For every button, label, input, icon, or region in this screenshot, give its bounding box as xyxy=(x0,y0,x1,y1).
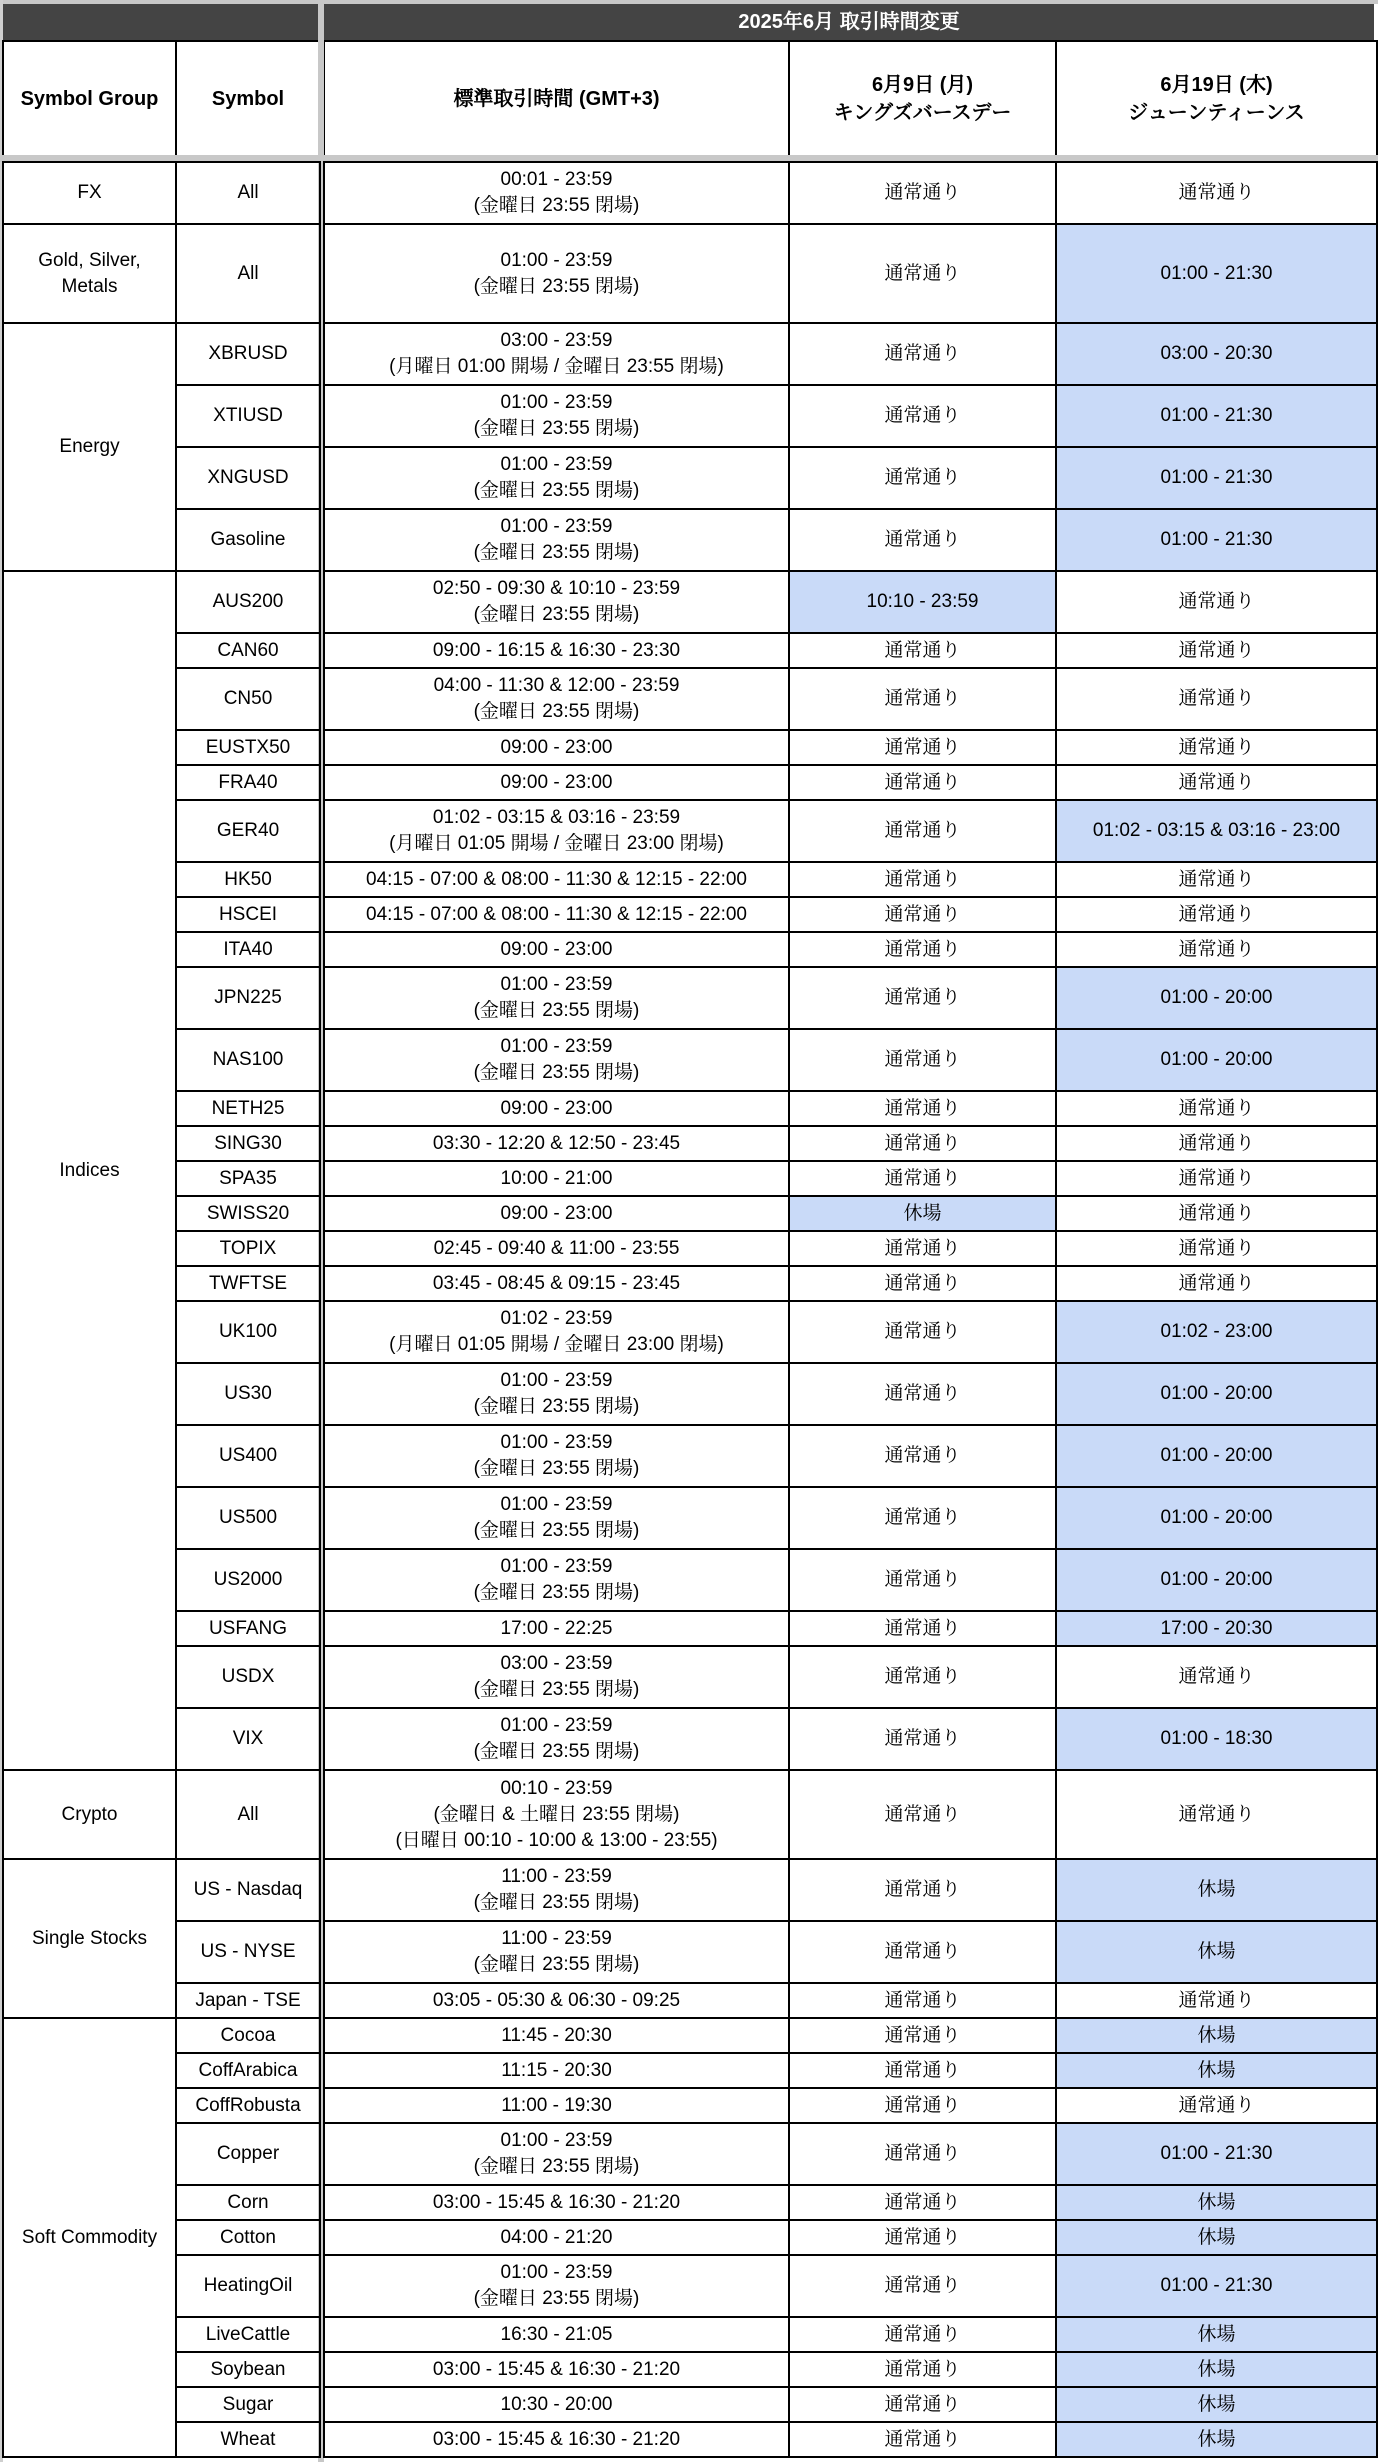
standard-hours-line: 11:00 - 23:59 xyxy=(327,1926,786,1952)
standard-hours-cell: 02:50 - 09:30 & 10:10 - 23:59(金曜日 23:55 … xyxy=(324,571,789,633)
table-row: 00:10 - 23:59(金曜日 & 土曜日 23:55 閉場)(日曜日 00… xyxy=(324,1770,1377,1859)
standard-hours-line: (金曜日 23:55 閉場) xyxy=(327,602,786,628)
standard-hours-line: 03:30 - 12:20 & 12:50 - 23:45 xyxy=(327,1131,786,1157)
jun9-hours-cell: 通常通り xyxy=(789,967,1056,1029)
jun9-hours-cell: 通常通り xyxy=(789,2352,1056,2387)
standard-hours-line: 09:00 - 23:00 xyxy=(327,1096,786,1122)
jun19-hours-cell: 17:00 - 20:30 xyxy=(1056,1611,1377,1646)
standard-hours-line: (金曜日 23:55 閉場) xyxy=(327,1580,786,1606)
symbol-cell: US - NYSE xyxy=(176,1921,320,1983)
standard-hours-cell: 03:00 - 15:45 & 16:30 - 21:20 xyxy=(324,2422,789,2457)
table-row: 00:01 - 23:59(金曜日 23:55 閉場)通常通り通常通り xyxy=(324,162,1377,224)
header-right: 標準取引時間 (GMT+3) 6月9日 (月) キングズバースデー 6月19日 … xyxy=(323,40,1378,157)
table-row: 03:00 - 23:59(金曜日 23:55 閉場)通常通り通常通り xyxy=(324,1646,1377,1708)
standard-hours-line: 01:00 - 23:59 xyxy=(327,1554,786,1580)
standard-hours-cell: 09:00 - 23:00 xyxy=(324,932,789,967)
symbol-group-fx: FX xyxy=(3,162,176,224)
symbol-cell: Sugar xyxy=(176,2387,320,2422)
table-row: 01:00 - 23:59(金曜日 23:55 閉場)通常通り01:00 - 2… xyxy=(324,509,1377,571)
symbol-group-indices: Indices xyxy=(3,571,176,1770)
table-row: FXAll xyxy=(3,162,320,224)
symbol-cell: USFANG xyxy=(176,1611,320,1646)
standard-hours-line: 01:00 - 23:59 xyxy=(327,1492,786,1518)
standard-hours-cell: 01:00 - 23:59(金曜日 23:55 閉場) xyxy=(324,1425,789,1487)
standard-hours-line: (金曜日 23:55 閉場) xyxy=(327,1677,786,1703)
jun9-hours-cell: 休場 xyxy=(789,1196,1056,1231)
symbol-group-crypto: Crypto xyxy=(3,1770,176,1859)
symbol-cell: XNGUSD xyxy=(176,447,320,509)
standard-hours-line: 11:00 - 19:30 xyxy=(327,2093,786,2119)
table-row: 01:00 - 23:59(金曜日 23:55 閉場)通常通り01:00 - 2… xyxy=(324,1363,1377,1425)
standard-hours-cell: 03:05 - 05:30 & 06:30 - 09:25 xyxy=(324,1983,789,2018)
symbol-cell: LiveCattle xyxy=(176,2317,320,2352)
symbol-cell: HeatingOil xyxy=(176,2255,320,2317)
table-row: 09:00 - 23:00通常通り通常通り xyxy=(324,932,1377,967)
jun9-hours-cell: 通常通り xyxy=(789,1549,1056,1611)
standard-hours-cell: 04:00 - 11:30 & 12:00 - 23:59(金曜日 23:55 … xyxy=(324,668,789,730)
standard-hours-cell: 10:00 - 21:00 xyxy=(324,1161,789,1196)
jun9-hours-cell: 通常通り xyxy=(789,1161,1056,1196)
symbol-cell: TOPIX xyxy=(176,1231,320,1266)
symbol-cell: SING30 xyxy=(176,1126,320,1161)
symbol-cell: EUSTX50 xyxy=(176,730,320,765)
jun19-hours-cell: 通常通り xyxy=(1056,571,1377,633)
symbol-cell: FRA40 xyxy=(176,765,320,800)
table-row: 03:00 - 15:45 & 16:30 - 21:20通常通り休場 xyxy=(324,2422,1377,2457)
symbol-cell: ITA40 xyxy=(176,932,320,967)
standard-hours-line: 11:15 - 20:30 xyxy=(327,2058,786,2084)
standard-hours-line: (金曜日 23:55 閉場) xyxy=(327,1394,786,1420)
symbol-cell: Cotton xyxy=(176,2220,320,2255)
jun19-hours-cell: 休場 xyxy=(1056,2053,1377,2088)
standard-hours-line: 01:02 - 23:59 xyxy=(327,1306,786,1332)
table-row: 10:00 - 21:00通常通り通常通り xyxy=(324,1161,1377,1196)
standard-hours-line: 11:00 - 23:59 xyxy=(327,1864,786,1890)
standard-hours-line: 17:00 - 22:25 xyxy=(327,1616,786,1642)
jun19-hours-cell: 休場 xyxy=(1056,2185,1377,2220)
symbol-cell: XBRUSD xyxy=(176,323,320,385)
header-jun19: 6月19日 (木) ジューンティーンス xyxy=(1056,41,1377,156)
symbol-cell: Soybean xyxy=(176,2352,320,2387)
jun19-hours-cell: 休場 xyxy=(1056,1859,1377,1921)
jun19-hours-cell: 休場 xyxy=(1056,2422,1377,2457)
standard-hours-line: 04:00 - 21:20 xyxy=(327,2225,786,2251)
table-row: Soft CommodityCocoa xyxy=(3,2018,320,2053)
standard-hours-cell: 11:00 - 23:59(金曜日 23:55 閉場) xyxy=(324,1921,789,1983)
symbol-group-single-stocks: Single Stocks xyxy=(3,1859,176,2018)
standard-hours-line: (金曜日 23:55 閉場) xyxy=(327,540,786,566)
symbol-cell: Copper xyxy=(176,2123,320,2185)
jun9-hours-cell: 通常通り xyxy=(789,1646,1056,1708)
standard-hours-line: 01:00 - 23:59 xyxy=(327,1034,786,1060)
standard-hours-cell: 09:00 - 23:00 xyxy=(324,1091,789,1126)
jun9-hours-cell: 通常通り xyxy=(789,1363,1056,1425)
jun19-hours-cell: 通常通り xyxy=(1056,1091,1377,1126)
standard-hours-line: 01:00 - 23:59 xyxy=(327,1430,786,1456)
jun19-hours-cell: 通常通り xyxy=(1056,668,1377,730)
standard-hours-cell: 11:00 - 19:30 xyxy=(324,2088,789,2123)
jun9-hours-cell: 通常通り xyxy=(789,385,1056,447)
symbol-cell: USDX xyxy=(176,1646,320,1708)
standard-hours-cell: 01:02 - 03:15 & 03:16 - 23:59(月曜日 01:05 … xyxy=(324,800,789,862)
jun19-hours-cell: 通常通り xyxy=(1056,1770,1377,1859)
standard-hours-line: 04:00 - 11:30 & 12:00 - 23:59 xyxy=(327,673,786,699)
table-row: 01:00 - 23:59(金曜日 23:55 閉場)通常通り01:00 - 2… xyxy=(324,2123,1377,2185)
standard-hours-cell: 17:00 - 22:25 xyxy=(324,1611,789,1646)
jun19-hours-cell: 01:00 - 21:30 xyxy=(1056,224,1377,323)
jun19-hours-cell: 通常通り xyxy=(1056,862,1377,897)
standard-hours-cell: 11:15 - 20:30 xyxy=(324,2053,789,2088)
standard-hours-cell: 09:00 - 23:00 xyxy=(324,730,789,765)
jun19-hours-cell: 通常通り xyxy=(1056,897,1377,932)
header-symbol: Symbol xyxy=(176,41,320,156)
symbol-group-soft-commodity: Soft Commodity xyxy=(3,2018,176,2457)
symbol-cell: All xyxy=(176,162,320,224)
table-row: 03:05 - 05:30 & 06:30 - 09:25通常通り通常通り xyxy=(324,1983,1377,2018)
jun9-hours-cell: 通常通り xyxy=(789,1126,1056,1161)
jun19-hours-cell: 通常通り xyxy=(1056,1983,1377,2018)
jun19-hours-cell: 01:02 - 03:15 & 03:16 - 23:00 xyxy=(1056,800,1377,862)
symbol-cell: US - Nasdaq xyxy=(176,1859,320,1921)
table-row: 03:45 - 08:45 & 09:15 - 23:45通常通り通常通り xyxy=(324,1266,1377,1301)
standard-hours-cell: 01:00 - 23:59(金曜日 23:55 閉場) xyxy=(324,1487,789,1549)
symbol-cell: CoffArabica xyxy=(176,2053,320,2088)
jun19-hours-cell: 01:00 - 21:30 xyxy=(1056,2123,1377,2185)
jun19-hours-cell: 01:00 - 21:30 xyxy=(1056,509,1377,571)
table-row: 01:00 - 23:59(金曜日 23:55 閉場)通常通り01:00 - 2… xyxy=(324,1487,1377,1549)
standard-hours-cell: 01:00 - 23:59(金曜日 23:55 閉場) xyxy=(324,967,789,1029)
jun9-hours-cell: 通常通り xyxy=(789,897,1056,932)
standard-hours-line: 11:45 - 20:30 xyxy=(327,2023,786,2049)
standard-hours-cell: 01:00 - 23:59(金曜日 23:55 閉場) xyxy=(324,1549,789,1611)
symbol-cell: All xyxy=(176,1770,320,1859)
standard-hours-line: 03:05 - 05:30 & 06:30 - 09:25 xyxy=(327,1988,786,2014)
standard-hours-line: 01:00 - 23:59 xyxy=(327,2128,786,2154)
jun19-hours-cell: 通常通り xyxy=(1056,633,1377,668)
standard-hours-cell: 02:45 - 09:40 & 11:00 - 23:55 xyxy=(324,1231,789,1266)
standard-hours-line: (月曜日 01:05 開場 / 金曜日 23:00 閉場) xyxy=(327,1332,786,1358)
jun9-hours-cell: 通常通り xyxy=(789,1301,1056,1363)
jun19-hours-cell: 01:00 - 21:30 xyxy=(1056,447,1377,509)
jun9-hours-cell: 通常通り xyxy=(789,730,1056,765)
table-row: 10:30 - 20:00通常通り休場 xyxy=(324,2387,1377,2422)
jun19-hours-cell: 通常通り xyxy=(1056,2088,1377,2123)
jun19-hours-cell: 01:00 - 20:00 xyxy=(1056,1425,1377,1487)
jun9-hours-cell: 通常通り xyxy=(789,509,1056,571)
standard-hours-line: 03:00 - 23:59 xyxy=(327,1651,786,1677)
table-row: 09:00 - 23:00通常通り通常通り xyxy=(324,730,1377,765)
table-row: 04:15 - 07:00 & 08:00 - 11:30 & 12:15 - … xyxy=(324,862,1377,897)
standard-hours-cell: 01:00 - 23:59(金曜日 23:55 閉場) xyxy=(324,2123,789,2185)
jun19-hours-cell: 通常通り xyxy=(1056,1646,1377,1708)
jun19-hours-cell: 01:00 - 20:00 xyxy=(1056,967,1377,1029)
table-row: 01:00 - 23:59(金曜日 23:55 閉場)通常通り01:00 - 2… xyxy=(324,967,1377,1029)
jun9-hours-cell: 通常通り xyxy=(789,162,1056,224)
table-row: IndicesAUS200 xyxy=(3,571,320,633)
symbol-cell: HK50 xyxy=(176,862,320,897)
jun19-hours-cell: 休場 xyxy=(1056,2352,1377,2387)
header-standard-hours: 標準取引時間 (GMT+3) xyxy=(324,41,789,156)
symbol-cell: TWFTSE xyxy=(176,1266,320,1301)
standard-hours-line: (金曜日 & 土曜日 23:55 閉場) xyxy=(327,1802,786,1828)
standard-hours-cell: 04:15 - 07:00 & 08:00 - 11:30 & 12:15 - … xyxy=(324,862,789,897)
table-row: 09:00 - 16:15 & 16:30 - 23:30通常通り通常通り xyxy=(324,633,1377,668)
table-row: 16:30 - 21:05通常通り休場 xyxy=(324,2317,1377,2352)
jun19-hours-cell: 休場 xyxy=(1056,2018,1377,2053)
standard-hours-line: (金曜日 23:55 閉場) xyxy=(327,2154,786,2180)
jun19-hours-cell: 休場 xyxy=(1056,2317,1377,2352)
symbol-group-energy: Energy xyxy=(3,323,176,571)
standard-hours-line: 01:00 - 23:59 xyxy=(327,514,786,540)
jun9-hours-cell: 通常通り xyxy=(789,1029,1056,1091)
jun9-hours-cell: 通常通り xyxy=(789,800,1056,862)
standard-hours-cell: 11:45 - 20:30 xyxy=(324,2018,789,2053)
jun9-hours-cell: 通常通り xyxy=(789,2185,1056,2220)
table-row: 02:45 - 09:40 & 11:00 - 23:55通常通り通常通り xyxy=(324,1231,1377,1266)
jun9-hours-cell: 通常通り xyxy=(789,447,1056,509)
jun9-hours-cell: 通常通り xyxy=(789,2018,1056,2053)
standard-hours-cell: 01:00 - 23:59(金曜日 23:55 閉場) xyxy=(324,2255,789,2317)
jun9-hours-cell: 通常通り xyxy=(789,323,1056,385)
standard-hours-line: 09:00 - 23:00 xyxy=(327,735,786,761)
jun9-hours-cell: 通常通り xyxy=(789,633,1056,668)
table-row: CryptoAll xyxy=(3,1770,320,1859)
header-jun9-holiday: キングズバースデー xyxy=(792,99,1053,127)
table-row: Gold, Silver,MetalsAll xyxy=(3,224,320,323)
symbol-cell: JPN225 xyxy=(176,967,320,1029)
jun9-hours-cell: 通常通り xyxy=(789,1266,1056,1301)
jun9-hours-cell: 通常通り xyxy=(789,1859,1056,1921)
jun9-hours-cell: 通常通り xyxy=(789,2053,1056,2088)
standard-hours-line: 03:00 - 23:59 xyxy=(327,328,786,354)
standard-hours-cell: 09:00 - 23:00 xyxy=(324,1196,789,1231)
standard-hours-cell: 01:00 - 23:59(金曜日 23:55 閉場) xyxy=(324,224,789,323)
standard-hours-line: 01:00 - 23:59 xyxy=(327,1713,786,1739)
standard-hours-line: 01:00 - 23:59 xyxy=(327,1368,786,1394)
standard-hours-cell: 01:00 - 23:59(金曜日 23:55 閉場) xyxy=(324,1029,789,1091)
table-row: 01:00 - 23:59(金曜日 23:55 閉場)通常通り01:00 - 2… xyxy=(324,1029,1377,1091)
standard-hours-cell: 09:00 - 23:00 xyxy=(324,765,789,800)
table-row: 11:00 - 23:59(金曜日 23:55 閉場)通常通り休場 xyxy=(324,1921,1377,1983)
symbol-table: FXAllGold, Silver,MetalsAllEnergyXBRUSDX… xyxy=(2,161,321,2458)
standard-hours-cell: 10:30 - 20:00 xyxy=(324,2387,789,2422)
symbol-cell: XTIUSD xyxy=(176,385,320,447)
symbol-cell: UK100 xyxy=(176,1301,320,1363)
standard-hours-line: 03:00 - 15:45 & 16:30 - 21:20 xyxy=(327,2190,786,2216)
jun19-hours-cell: 休場 xyxy=(1056,2220,1377,2255)
standard-hours-line: 04:15 - 07:00 & 08:00 - 11:30 & 12:15 - … xyxy=(327,902,786,928)
table-row: 17:00 - 22:25通常通り17:00 - 20:30 xyxy=(324,1611,1377,1646)
symbol-cell: US2000 xyxy=(176,1549,320,1611)
jun19-hours-cell: 01:02 - 23:00 xyxy=(1056,1301,1377,1363)
symbol-group-label: Gold, Silver, xyxy=(6,248,173,274)
table-row: 09:00 - 23:00通常通り通常通り xyxy=(324,765,1377,800)
standard-hours-line: (金曜日 23:55 閉場) xyxy=(327,998,786,1024)
symbol-cell: AUS200 xyxy=(176,571,320,633)
standard-hours-line: 03:00 - 15:45 & 16:30 - 21:20 xyxy=(327,2357,786,2383)
standard-hours-line: (金曜日 23:55 閉場) xyxy=(327,193,786,219)
table-row: 02:50 - 09:30 & 10:10 - 23:59(金曜日 23:55 … xyxy=(324,571,1377,633)
table-row: 09:00 - 23:00休場通常通り xyxy=(324,1196,1377,1231)
table-row: 11:15 - 20:30通常通り休場 xyxy=(324,2053,1377,2088)
jun9-hours-cell: 通常通り xyxy=(789,1921,1056,1983)
jun19-hours-cell: 01:00 - 20:00 xyxy=(1056,1029,1377,1091)
symbol-cell: SPA35 xyxy=(176,1161,320,1196)
standard-hours-line: 10:30 - 20:00 xyxy=(327,2392,786,2418)
jun9-hours-cell: 通常通り xyxy=(789,2387,1056,2422)
header-jun9: 6月9日 (月) キングズバースデー xyxy=(789,41,1056,156)
symbol-cell: US30 xyxy=(176,1363,320,1425)
table-row: 03:00 - 15:45 & 16:30 - 21:20通常通り休場 xyxy=(324,2352,1377,2387)
header-left: Symbol Group Symbol xyxy=(2,40,321,157)
jun9-hours-cell: 10:10 - 23:59 xyxy=(789,571,1056,633)
jun9-hours-cell: 通常通り xyxy=(789,1487,1056,1549)
table-row: 09:00 - 23:00通常通り通常通り xyxy=(324,1091,1377,1126)
table-row: EnergyXBRUSD xyxy=(3,323,320,385)
jun19-hours-cell: 通常通り xyxy=(1056,1161,1377,1196)
standard-hours-line: 09:00 - 16:15 & 16:30 - 23:30 xyxy=(327,638,786,664)
symbol-cell: Cocoa xyxy=(176,2018,320,2053)
standard-hours-line: 00:01 - 23:59 xyxy=(327,167,786,193)
standard-hours-line: 01:00 - 23:59 xyxy=(327,390,786,416)
jun19-hours-cell: 01:00 - 20:00 xyxy=(1056,1487,1377,1549)
standard-hours-cell: 01:00 - 23:59(金曜日 23:55 閉場) xyxy=(324,509,789,571)
jun9-hours-cell: 通常通り xyxy=(789,2422,1056,2457)
standard-hours-line: (金曜日 23:55 閉場) xyxy=(327,2286,786,2312)
standard-hours-line: (金曜日 23:55 閉場) xyxy=(327,1456,786,1482)
jun9-hours-cell: 通常通り xyxy=(789,1231,1056,1266)
table-row: 01:02 - 23:59(月曜日 01:05 開場 / 金曜日 23:00 閉… xyxy=(324,1301,1377,1363)
title-bar-left xyxy=(3,4,318,40)
jun9-hours-cell: 通常通り xyxy=(789,1611,1056,1646)
jun19-hours-cell: 通常通り xyxy=(1056,162,1377,224)
jun19-hours-cell: 通常通り xyxy=(1056,765,1377,800)
jun19-hours-cell: 休場 xyxy=(1056,2387,1377,2422)
standard-hours-line: (金曜日 23:55 閉場) xyxy=(327,1060,786,1086)
standard-hours-line: 09:00 - 23:00 xyxy=(327,937,786,963)
standard-hours-line: 00:10 - 23:59 xyxy=(327,1776,786,1802)
table-row: 11:00 - 23:59(金曜日 23:55 閉場)通常通り休場 xyxy=(324,1859,1377,1921)
standard-hours-line: 01:00 - 23:59 xyxy=(327,452,786,478)
jun19-hours-cell: 通常通り xyxy=(1056,932,1377,967)
symbol-cell: Wheat xyxy=(176,2422,320,2457)
jun9-hours-cell: 通常通り xyxy=(789,2317,1056,2352)
standard-hours-line: (日曜日 00:10 - 10:00 & 13:00 - 23:55) xyxy=(327,1828,786,1854)
standard-hours-cell: 16:30 - 21:05 xyxy=(324,2317,789,2352)
standard-hours-line: 01:00 - 23:59 xyxy=(327,2260,786,2286)
jun19-hours-cell: 01:00 - 21:30 xyxy=(1056,2255,1377,2317)
jun9-hours-cell: 通常通り xyxy=(789,1708,1056,1770)
standard-hours-line: 10:00 - 21:00 xyxy=(327,1166,786,1192)
symbol-cell: GER40 xyxy=(176,800,320,862)
header-jun19-holiday: ジューンティーンス xyxy=(1059,99,1374,127)
hours-table: 00:01 - 23:59(金曜日 23:55 閉場)通常通り通常通り01:00… xyxy=(323,161,1378,2458)
standard-hours-line: (金曜日 23:55 閉場) xyxy=(327,1739,786,1765)
standard-hours-cell: 03:00 - 15:45 & 16:30 - 21:20 xyxy=(324,2352,789,2387)
standard-hours-line: (金曜日 23:55 閉場) xyxy=(327,699,786,725)
standard-hours-cell: 03:00 - 23:59(金曜日 23:55 閉場) xyxy=(324,1646,789,1708)
table-row: 04:15 - 07:00 & 08:00 - 11:30 & 12:15 - … xyxy=(324,897,1377,932)
jun9-hours-cell: 通常通り xyxy=(789,862,1056,897)
standard-hours-line: (金曜日 23:55 閉場) xyxy=(327,416,786,442)
symbol-cell: HSCEI xyxy=(176,897,320,932)
standard-hours-line: (月曜日 01:00 開場 / 金曜日 23:55 閉場) xyxy=(327,354,786,380)
jun9-hours-cell: 通常通り xyxy=(789,2088,1056,2123)
symbol-cell: VIX xyxy=(176,1708,320,1770)
standard-hours-cell: 01:00 - 23:59(金曜日 23:55 閉場) xyxy=(324,1708,789,1770)
jun9-hours-cell: 通常通り xyxy=(789,1425,1056,1487)
symbol-cell: Gasoline xyxy=(176,509,320,571)
standard-hours-line: 04:15 - 07:00 & 08:00 - 11:30 & 12:15 - … xyxy=(327,867,786,893)
jun9-hours-cell: 通常通り xyxy=(789,224,1056,323)
jun9-hours-cell: 通常通り xyxy=(789,2220,1056,2255)
jun19-hours-cell: 通常通り xyxy=(1056,1231,1377,1266)
table-row: 01:00 - 23:59(金曜日 23:55 閉場)通常通り01:00 - 2… xyxy=(324,447,1377,509)
jun9-hours-cell: 通常通り xyxy=(789,668,1056,730)
standard-hours-cell: 01:00 - 23:59(金曜日 23:55 閉場) xyxy=(324,447,789,509)
schedule-sheet: 2025年6月 取引時間変更 Symbol Group Symbol 標準取引時… xyxy=(0,0,1378,2462)
jun9-hours-cell: 通常通り xyxy=(789,1983,1056,2018)
standard-hours-cell: 04:15 - 07:00 & 08:00 - 11:30 & 12:15 - … xyxy=(324,897,789,932)
jun19-hours-cell: 01:00 - 20:00 xyxy=(1056,1363,1377,1425)
symbol-cell: NAS100 xyxy=(176,1029,320,1091)
standard-hours-line: (金曜日 23:55 閉場) xyxy=(327,478,786,504)
jun19-hours-cell: 通常通り xyxy=(1056,730,1377,765)
standard-hours-cell: 01:00 - 23:59(金曜日 23:55 閉場) xyxy=(324,385,789,447)
standard-hours-cell: 03:45 - 08:45 & 09:15 - 23:45 xyxy=(324,1266,789,1301)
jun9-hours-cell: 通常通り xyxy=(789,1770,1056,1859)
symbol-cell: SWISS20 xyxy=(176,1196,320,1231)
standard-hours-cell: 04:00 - 21:20 xyxy=(324,2220,789,2255)
table-row: 11:00 - 19:30通常通り通常通り xyxy=(324,2088,1377,2123)
table-row: 01:00 - 23:59(金曜日 23:55 閉場)通常通り01:00 - 2… xyxy=(324,2255,1377,2317)
header-symbol-group: Symbol Group xyxy=(3,41,176,156)
symbol-cell: CoffRobusta xyxy=(176,2088,320,2123)
jun9-hours-cell: 通常通り xyxy=(789,765,1056,800)
standard-hours-line: 09:00 - 23:00 xyxy=(327,1201,786,1227)
symbol-group-gold-silver-metals: Gold, Silver,Metals xyxy=(3,224,176,323)
symbol-cell: CAN60 xyxy=(176,633,320,668)
standard-hours-line: 09:00 - 23:00 xyxy=(327,770,786,796)
standard-hours-line: (月曜日 01:05 開場 / 金曜日 23:00 閉場) xyxy=(327,831,786,857)
standard-hours-cell: 03:30 - 12:20 & 12:50 - 23:45 xyxy=(324,1126,789,1161)
table-row: 04:00 - 11:30 & 12:00 - 23:59(金曜日 23:55 … xyxy=(324,668,1377,730)
jun19-hours-cell: 01:00 - 21:30 xyxy=(1056,385,1377,447)
table-row: 01:00 - 23:59(金曜日 23:55 閉場)通常通り01:00 - 2… xyxy=(324,385,1377,447)
standard-hours-line: (金曜日 23:55 閉場) xyxy=(327,274,786,300)
standard-hours-cell: 01:00 - 23:59(金曜日 23:55 閉場) xyxy=(324,1363,789,1425)
standard-hours-line: (金曜日 23:55 閉場) xyxy=(327,1518,786,1544)
jun19-hours-cell: 休場 xyxy=(1056,1921,1377,1983)
symbol-cell: CN50 xyxy=(176,668,320,730)
jun19-hours-cell: 03:00 - 20:30 xyxy=(1056,323,1377,385)
symbol-group-label: Metals xyxy=(6,274,173,300)
standard-hours-cell: 03:00 - 23:59(月曜日 01:00 開場 / 金曜日 23:55 閉… xyxy=(324,323,789,385)
jun19-hours-cell: 01:00 - 18:30 xyxy=(1056,1708,1377,1770)
table-row: 01:00 - 23:59(金曜日 23:55 閉場)通常通り01:00 - 2… xyxy=(324,1425,1377,1487)
table-row: 01:00 - 23:59(金曜日 23:55 閉場)通常通り01:00 - 2… xyxy=(324,224,1377,323)
standard-hours-line: 01:02 - 03:15 & 03:16 - 23:59 xyxy=(327,805,786,831)
standard-hours-line: 01:00 - 23:59 xyxy=(327,972,786,998)
jun19-hours-cell: 通常通り xyxy=(1056,1196,1377,1231)
table-row: 01:02 - 03:15 & 03:16 - 23:59(月曜日 01:05 … xyxy=(324,800,1377,862)
standard-hours-cell: 11:00 - 23:59(金曜日 23:55 閉場) xyxy=(324,1859,789,1921)
standard-hours-cell: 03:00 - 15:45 & 16:30 - 21:20 xyxy=(324,2185,789,2220)
header-jun9-date: 6月9日 (月) xyxy=(792,71,1053,99)
standard-hours-line: 01:00 - 23:59 xyxy=(327,248,786,274)
standard-hours-line: (金曜日 23:55 閉場) xyxy=(327,1952,786,1978)
standard-hours-line: (金曜日 23:55 閉場) xyxy=(327,1890,786,1916)
